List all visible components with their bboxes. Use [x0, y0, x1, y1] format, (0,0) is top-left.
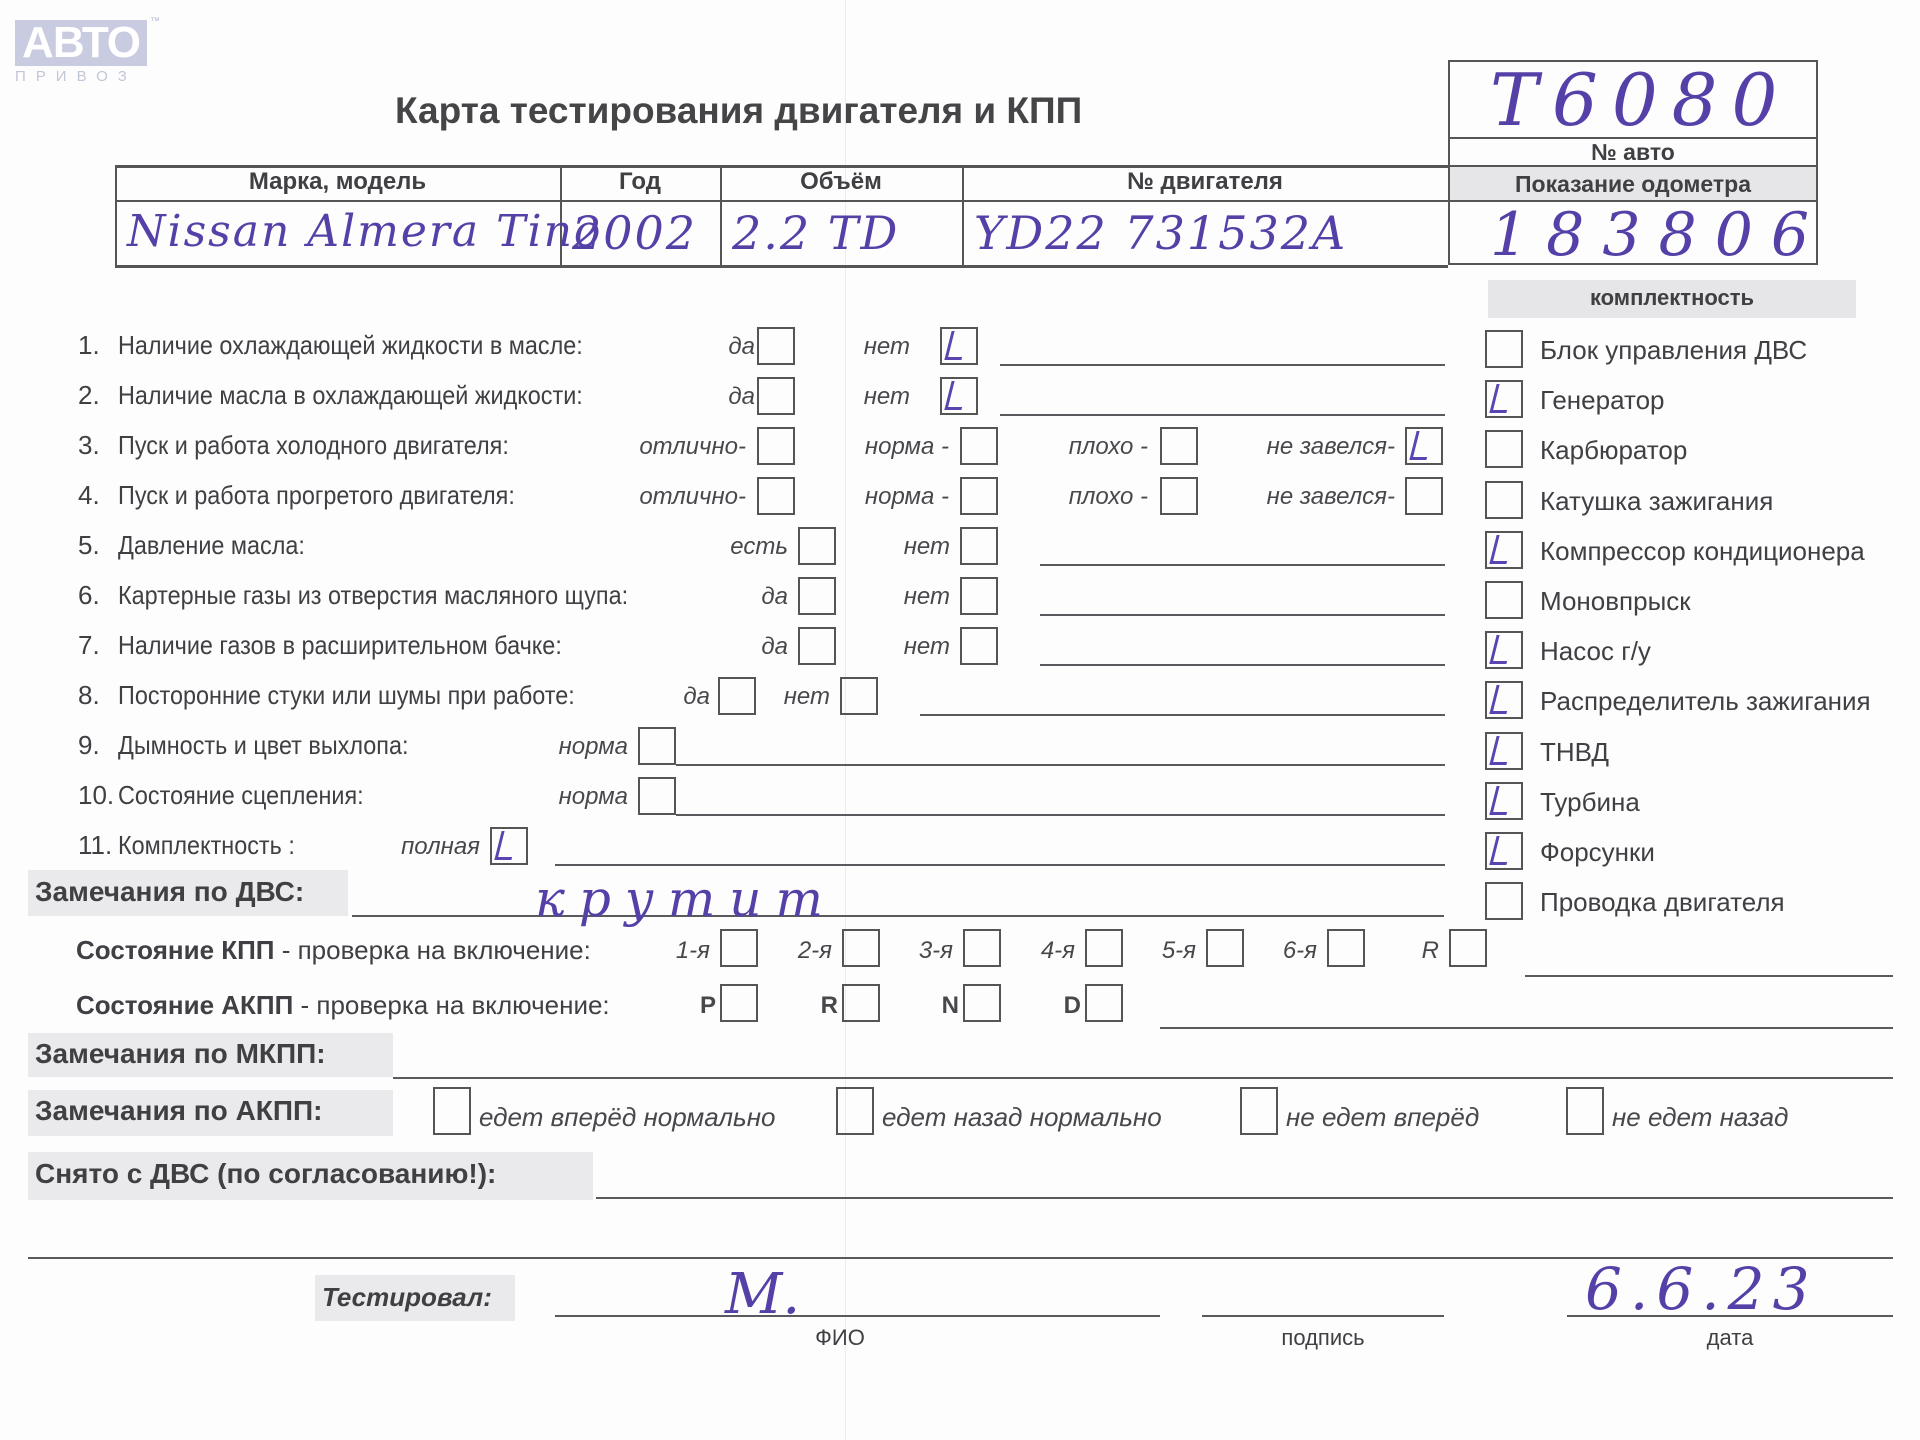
check-number: 9. — [78, 730, 100, 761]
check-label: Наличие масла в охлаждающей жидкости: — [118, 380, 583, 411]
gear-label: 4-я — [995, 937, 1075, 965]
header-col-3: № двигателя — [962, 168, 1448, 196]
header-value-2[interactable]: 2.2 TD — [732, 206, 899, 260]
check-label: Картерные газы из отверстия масляного щу… — [118, 580, 628, 611]
check-number: 3. — [78, 430, 100, 461]
page-title: Карта тестирования двигателя и КПП — [395, 90, 1082, 132]
option-checkbox[interactable] — [960, 627, 998, 665]
check-number: 1. — [78, 330, 100, 361]
option-label: нет — [710, 383, 910, 411]
completeness-label: Генератор — [1540, 385, 1665, 416]
logo: АВТО — [15, 20, 147, 66]
option-checkbox[interactable] — [960, 527, 998, 565]
check-number: 4. — [78, 480, 100, 511]
completeness-checkbox[interactable] — [1485, 531, 1523, 569]
option-checkbox[interactable] — [1160, 477, 1198, 515]
auto-remark-label: едет назад нормально — [882, 1102, 1162, 1133]
gear-label: 3-я — [873, 937, 953, 965]
option-label: нет — [710, 333, 910, 361]
manual-gearbox-label: Состояние КПП - проверка на включение: — [76, 935, 591, 966]
logo-subtitle: ПРИВОЗ — [15, 68, 147, 85]
option-label: полная — [280, 833, 480, 861]
option-label: отлично- — [546, 483, 746, 511]
option-label: норма - — [749, 483, 949, 511]
auto-remark-label: не едет назад — [1612, 1102, 1788, 1133]
gear-label: 5-я — [1116, 937, 1196, 965]
header-value-1[interactable]: 2002 — [572, 206, 697, 260]
engine-remarks-value[interactable]: крутит — [535, 870, 837, 928]
gear-label: P — [630, 992, 716, 1020]
completeness-checkbox[interactable] — [1485, 631, 1523, 669]
date-caption: дата — [1567, 1325, 1893, 1351]
check-note-field[interactable] — [555, 864, 1445, 866]
check-number: 10. — [78, 780, 114, 811]
check-number: 2. — [78, 380, 100, 411]
auto-gearbox-label: Состояние АКПП - проверка на включение: — [76, 990, 610, 1021]
completeness-label: Блок управления ДВС — [1540, 335, 1807, 366]
option-label: норма — [428, 733, 628, 761]
check-label: Наличие газов в расширительном бачке: — [118, 630, 562, 661]
name-field[interactable] — [555, 1315, 1160, 1317]
removed-label: Снято с ДВС (по согласованию!): — [35, 1158, 496, 1190]
option-label: норма - — [749, 433, 949, 461]
option-label: отлично- — [546, 433, 746, 461]
check-number: 6. — [78, 580, 100, 611]
completeness-checkbox[interactable] — [1485, 832, 1523, 870]
auto-remarks-label: Замечания по АКПП: — [35, 1095, 322, 1127]
check-number: 7. — [78, 630, 100, 661]
auto-remark-label: не едет вперёд — [1286, 1102, 1479, 1133]
check-label: Посторонние стуки или шумы при работе: — [118, 680, 575, 711]
gear-label: 2-я — [752, 937, 832, 965]
option-checkbox[interactable] — [1405, 477, 1443, 515]
option-checkbox[interactable] — [840, 677, 878, 715]
option-checkbox[interactable] — [960, 577, 998, 615]
gear-label: R — [752, 992, 838, 1020]
completeness-label: Форсунки — [1540, 837, 1655, 868]
option-label: плохо - — [948, 433, 1148, 461]
option-label: нет — [750, 633, 950, 661]
check-note-field[interactable] — [1000, 414, 1445, 416]
completeness-checkbox[interactable] — [1485, 380, 1523, 418]
car-number-value[interactable]: T6080 — [1490, 58, 1791, 142]
check-label: Наличие охлаждающей жидкости в масле: — [118, 330, 583, 361]
gear-label: 1-я — [630, 937, 710, 965]
check-label: Комплектность : — [118, 830, 295, 861]
engine-remarks-label: Замечания по ДВС: — [35, 876, 304, 908]
check-label: Давление масла: — [118, 530, 305, 561]
completeness-label: Компрессор кондиционера — [1540, 536, 1865, 567]
option-checkbox[interactable] — [638, 777, 676, 815]
car-number-label: № авто — [1448, 139, 1818, 166]
completeness-checkbox[interactable] — [1485, 732, 1523, 770]
manual-remarks-label: Замечания по МКПП: — [35, 1038, 326, 1070]
option-checkbox[interactable] — [940, 377, 978, 415]
check-number: 5. — [78, 530, 100, 561]
option-checkbox[interactable] — [1160, 427, 1198, 465]
auto-remark-label: едет вперёд нормально — [479, 1102, 775, 1133]
check-note-field[interactable] — [920, 714, 1445, 716]
option-label: плохо - — [948, 483, 1148, 511]
option-label: нет — [630, 683, 830, 711]
option-label: нет — [750, 583, 950, 611]
check-number: 11. — [78, 830, 112, 861]
completeness-label: Насос г/у — [1540, 636, 1651, 667]
option-label: не завелся- — [1195, 433, 1395, 461]
check-note-field[interactable] — [1040, 614, 1445, 616]
completeness-checkbox[interactable] — [1485, 782, 1523, 820]
completeness-label: Распределитель зажигания — [1540, 686, 1871, 717]
gear-label: 6-я — [1237, 937, 1317, 965]
auto-remark-checkbox[interactable] — [433, 1087, 471, 1135]
check-note-field[interactable] — [1040, 564, 1445, 566]
name-value: М. — [725, 1262, 800, 1327]
odometer-label: Показание одометра — [1448, 171, 1818, 198]
tested-by-label: Тестировал: — [322, 1282, 492, 1313]
gear-checkbox[interactable] — [1449, 929, 1487, 967]
completeness-label: Катушка зажигания — [1540, 486, 1773, 517]
completeness-label: Моновпрыск — [1540, 586, 1691, 617]
auto-remark-checkbox[interactable] — [1240, 1087, 1278, 1135]
gear-label: D — [995, 992, 1081, 1020]
option-checkbox[interactable] — [1405, 427, 1443, 465]
option-checkbox[interactable] — [490, 827, 528, 865]
check-note-field[interactable] — [1040, 664, 1445, 666]
manual-remarks-field[interactable] — [393, 1077, 1893, 1079]
check-note-field[interactable] — [1000, 364, 1445, 366]
option-label: нет — [750, 533, 950, 561]
header-value-3[interactable]: YD22 731532A — [974, 206, 1347, 260]
check-note-field[interactable] — [676, 814, 1445, 816]
signature-field[interactable] — [1202, 1315, 1444, 1317]
gear-checkbox[interactable] — [1085, 984, 1123, 1022]
date-value: 6.6.23 — [1585, 1255, 1817, 1323]
auto-remark-checkbox[interactable] — [836, 1087, 874, 1135]
check-label: Пуск и работа прогретого двигателя: — [118, 480, 515, 511]
option-checkbox[interactable] — [940, 327, 978, 365]
completeness-checkbox[interactable] — [1485, 581, 1523, 619]
signature-caption: подпись — [1202, 1325, 1444, 1351]
option-label: норма — [428, 783, 628, 811]
completeness-label: Турбина — [1540, 787, 1640, 818]
logo-trademark: ™ — [150, 16, 160, 27]
header-col-0: Марка, модель — [115, 168, 560, 196]
removed-field[interactable] — [596, 1197, 1893, 1199]
check-note-field[interactable] — [676, 764, 1445, 766]
name-caption: ФИО — [555, 1325, 1125, 1351]
completeness-title: комплектность — [1488, 285, 1856, 311]
completeness-checkbox[interactable] — [1485, 681, 1523, 719]
completeness-checkbox[interactable] — [1485, 882, 1523, 920]
odometer-value[interactable]: 183806 — [1490, 200, 1827, 270]
completeness-checkbox[interactable] — [1485, 330, 1523, 368]
auto-remark-checkbox[interactable] — [1566, 1087, 1604, 1135]
header-col-2: Объём — [720, 168, 962, 196]
header-col-1: Год — [560, 168, 720, 196]
completeness-checkbox[interactable] — [1485, 430, 1523, 468]
completeness-label: Карбюратор — [1540, 435, 1687, 466]
option-label: не завелся- — [1195, 483, 1395, 511]
completeness-label: Проводка двигателя — [1540, 887, 1785, 918]
option-checkbox[interactable] — [638, 727, 676, 765]
header-value-0[interactable]: Nissan Almera Tino — [127, 206, 602, 257]
check-number: 8. — [78, 680, 100, 711]
check-label: Дымность и цвет выхлопа: — [118, 730, 408, 761]
completeness-checkbox[interactable] — [1485, 481, 1523, 519]
check-label: Пуск и работа холодного двигателя: — [118, 430, 509, 461]
gear-label: R — [1359, 937, 1439, 965]
completeness-label: ТНВД — [1540, 737, 1609, 768]
check-label: Состояние сцепления: — [118, 780, 364, 811]
gear-label: N — [873, 992, 959, 1020]
